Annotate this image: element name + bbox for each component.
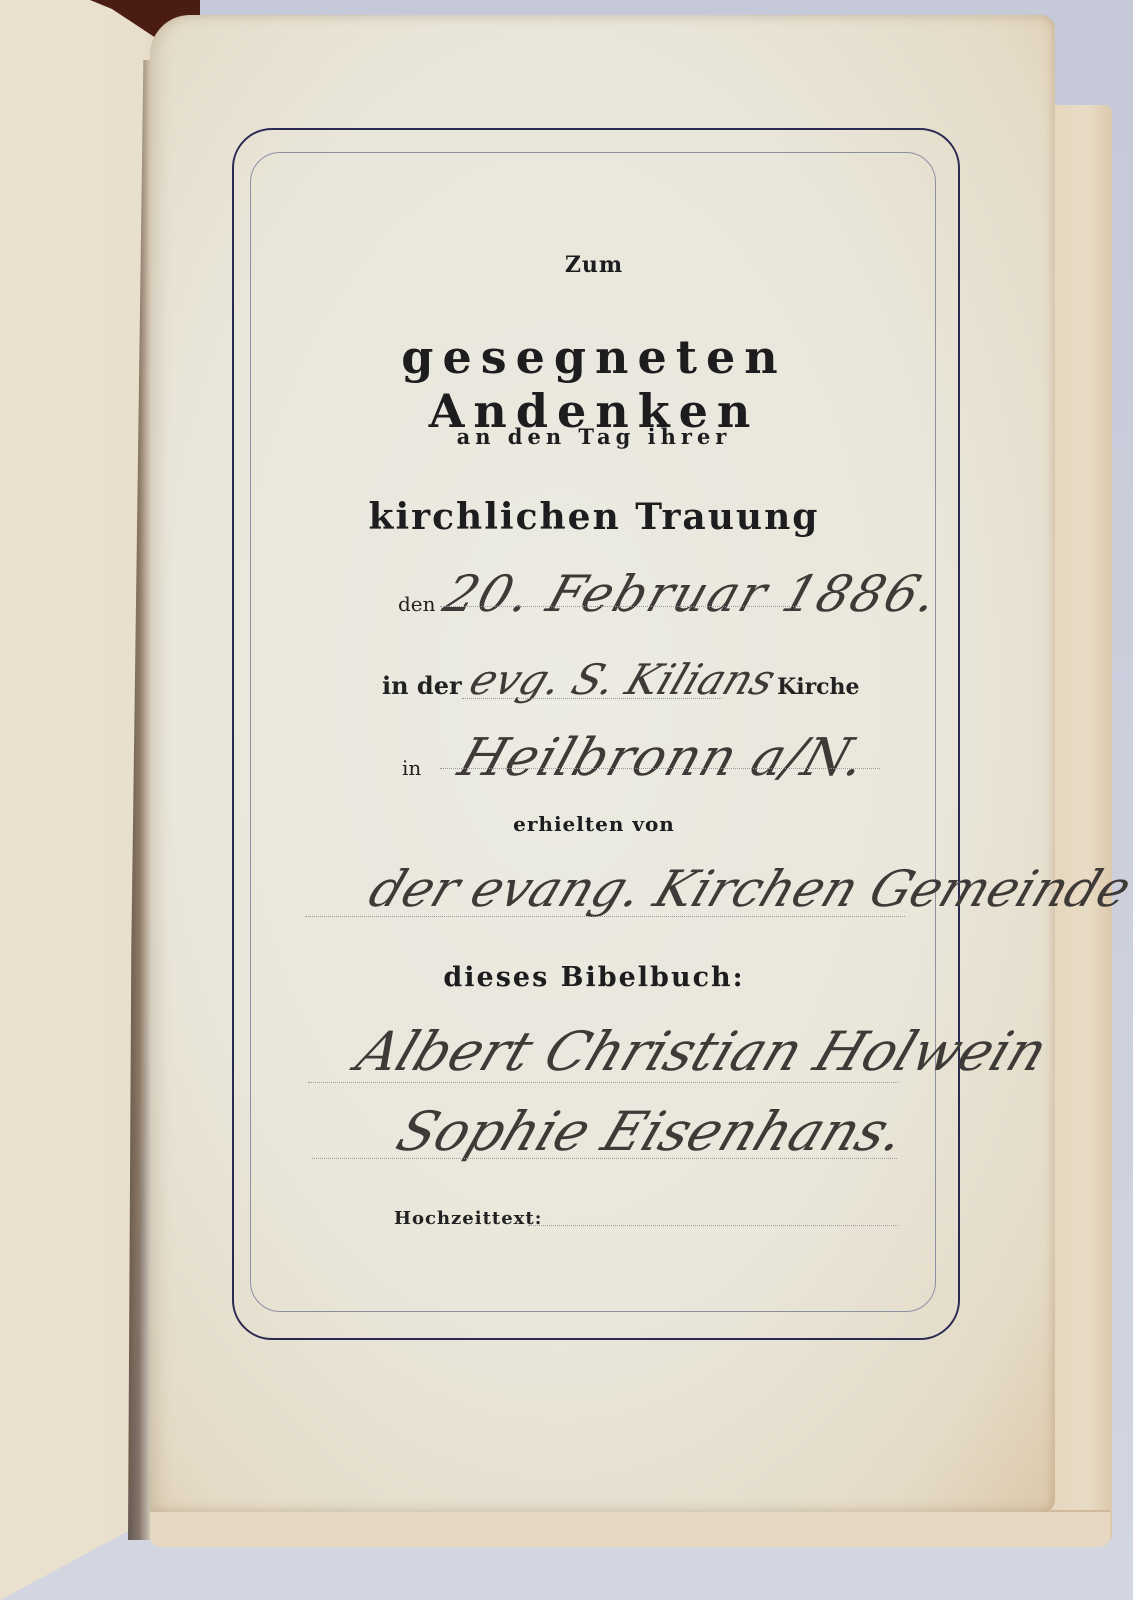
- page-stack-edge: [1050, 105, 1112, 1545]
- date-field: den 20. Februar 1886.: [398, 565, 937, 623]
- wedding-text-dotted-line: [528, 1225, 898, 1226]
- recipient-1-handwritten: Albert Christian Holwein: [349, 1020, 1057, 1083]
- giver-handwritten: der evang. Kirchen Gemeinde: [361, 860, 1133, 918]
- place-field: in Heilbronn a/N.: [402, 728, 865, 788]
- church-field: in der evg. S. Kilians Kirche: [382, 655, 870, 704]
- church-label: in der: [382, 671, 462, 700]
- place-label: in: [402, 756, 421, 780]
- date-dotted-line: [440, 606, 800, 607]
- recipient-2-handwritten: Sophie Eisenhans.: [389, 1100, 915, 1163]
- subtitle-an-den-tag: an den Tag ihrer: [240, 424, 948, 449]
- recipient-2-dotted-line: [312, 1158, 897, 1159]
- wedding-text-label: Hochzeittext:: [394, 1208, 542, 1229]
- church-dotted-line: [462, 698, 722, 699]
- page-title: gesegneten Andenken: [240, 330, 948, 438]
- page-stack-bottom: [150, 1510, 1110, 1547]
- recipient-1-dotted-line: [308, 1082, 898, 1083]
- place-handwritten: Heilbronn a/N.: [452, 728, 875, 788]
- heading-zum: Zum: [240, 252, 948, 278]
- giver-dotted-line: [305, 916, 905, 917]
- church-suffix: Kirche: [777, 674, 859, 700]
- church-handwritten: evg. S. Kilians: [463, 655, 782, 704]
- date-label: den: [398, 592, 436, 616]
- date-handwritten: 20. Februar 1886.: [436, 565, 947, 623]
- wedding-text-field: Hochzeittext:: [394, 1208, 542, 1229]
- subtitle-trauung: kirchlichen Trauung: [240, 496, 948, 538]
- label-dieses-bibelbuch: dieses Bibelbuch:: [240, 962, 948, 993]
- label-erhielten-von: erhielten von: [240, 812, 948, 836]
- place-dotted-line: [440, 768, 880, 769]
